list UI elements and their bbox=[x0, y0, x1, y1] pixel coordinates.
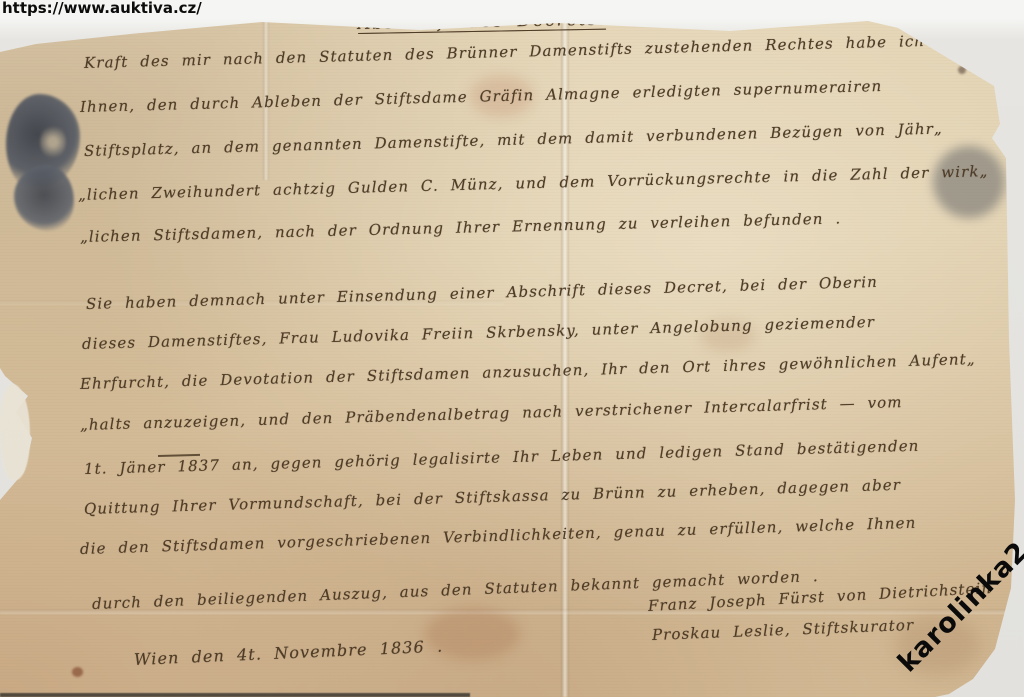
auction-site-watermark: https://www.auktiva.cz/ bbox=[2, 0, 202, 17]
handwriting-line: die den Stiftsdamen vorgeschriebenen Ver… bbox=[80, 514, 917, 558]
stain-dot bbox=[958, 66, 966, 74]
handwriting-line: Ehrfurcht, die Devotation der Stiftsdame… bbox=[80, 350, 976, 393]
handwriting-line: „lichen Zweihundert achtzig Gulden C. Mü… bbox=[78, 162, 989, 204]
scan-bottom-edge bbox=[0, 693, 470, 697]
handwriting-line: „lichen Stiftsdamen, nach der Ordnung Ih… bbox=[80, 209, 842, 246]
handwriting-line: „halts anzuzeigen, und den Präbendenalbe… bbox=[80, 393, 903, 434]
stain-dot bbox=[72, 667, 83, 677]
ink-seal-blot-lower bbox=[14, 165, 74, 231]
handwriting-line: Sie haben demnach unter Einsendung einer… bbox=[86, 273, 878, 313]
paper-sheet: Abschrift des Decrets. Kraft des mir nac… bbox=[0, 0, 1024, 697]
handwriting-line: dieses Damenstiftes, Frau Ludovika Freii… bbox=[82, 313, 876, 353]
dateline: Wien den 4t. Novembre 1836 . bbox=[134, 637, 444, 669]
torn-edge-flap bbox=[0, 384, 30, 480]
handwriting-line: Stiftsplatz, an dem genannten Damenstift… bbox=[84, 120, 943, 160]
handwriting-line: Quittung Ihrer Vormundschaft, bei der St… bbox=[84, 476, 902, 518]
scanned-document-photo: Abschrift des Decrets. Kraft des mir nac… bbox=[0, 0, 1024, 697]
blot-paper-showthrough bbox=[40, 125, 66, 159]
signature-line-title: Proskau Leslie, Stiftskurator bbox=[652, 616, 915, 644]
handwriting-line: Kraft des mir nach den Statuten des Brün… bbox=[84, 32, 926, 72]
grey-smudge bbox=[933, 146, 1005, 218]
handwriting-line: 1t. Jäner 1837 an, gegen gehörig legalis… bbox=[84, 437, 920, 478]
